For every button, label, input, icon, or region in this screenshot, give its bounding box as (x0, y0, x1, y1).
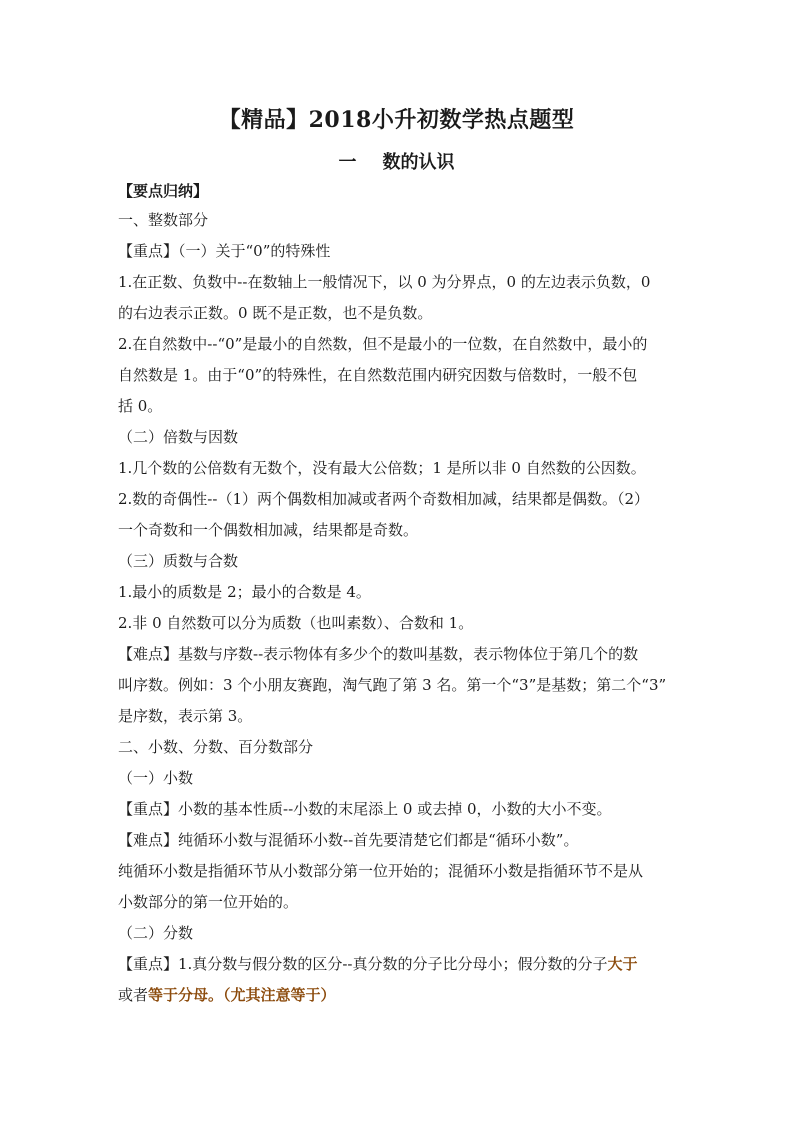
paragraph-line: 1.在正数、负数中--在数轴上一般情况下，以 0 为分界点，0 的左边表示负数，… (118, 267, 678, 298)
paragraph-line: 2.非 0 自然数可以分为质数（也叫素数）、合数和 1。 (118, 608, 678, 639)
paragraph-line: 【重点】（一）关于“0”的特殊性 (118, 236, 678, 267)
text-highlight: 大于 (607, 955, 637, 973)
paragraph-line: （三）质数与合数 (118, 546, 678, 577)
paragraph-line: 1.最小的质数是 2；最小的合数是 4。 (118, 577, 678, 608)
paragraph-line: 括 0。 (118, 391, 678, 422)
paragraph-line: 【难点】基数与序数--表示物体有多少个的数叫基数，表示物体位于第几个的数 (118, 639, 678, 670)
text-plain: 【重点】1.真分数与假分数的区分--真分数的分子比分母小；假分数的分子 (118, 955, 607, 973)
paragraph-line: 二、小数、分数、百分数部分 (118, 732, 678, 763)
paragraph-line: 一、整数部分 (118, 205, 678, 236)
paragraph-line: （一）小数 (118, 763, 678, 794)
paragraph-line: 一个奇数和一个偶数相加减，结果都是奇数。 (118, 515, 678, 546)
paragraph-line: 的右边表示正数。0 既不是正数，也不是负数。 (118, 298, 678, 329)
paragraph-line: 小数部分的第一位开始的。 (118, 887, 678, 918)
paragraph-line: 2.数的奇偶性--（1）两个偶数相加减或者两个奇数相加减，结果都是偶数。（2） (118, 484, 678, 515)
document-title: 【精品】2018小升初数学热点题型 (0, 103, 793, 134)
paragraph-line: 自然数是 1。由于“0”的特殊性，在自然数范围内研究因数与倍数时，一般不包 (118, 360, 678, 391)
paragraph-line: 叫序数。例如：3 个小朋友赛跑，淘气跑了第 3 名。第一个“3”是基数；第二个“… (118, 670, 678, 701)
paragraph-line: 【难点】纯循环小数与混循环小数--首先要清楚它们都是“循环小数”。 (118, 825, 678, 856)
paragraph-line: （二）倍数与因数 (118, 422, 678, 453)
paragraph-line: 【重点】1.真分数与假分数的区分--真分数的分子比分母小；假分数的分子大于 (118, 949, 678, 980)
text-highlight: 等于分母。（尤其注意等于） (148, 986, 336, 1004)
paragraph-line: 纯循环小数是指循环节从小数部分第一位开始的；混循环小数是指循环节不是从 (118, 856, 678, 887)
paragraph-line: 或者等于分母。（尤其注意等于） (118, 980, 678, 1011)
section-number: 一 (339, 152, 357, 173)
document-page: 【精品】2018小升初数学热点题型 一数的认识 【要点归纳】 一、整数部分 【重… (0, 0, 793, 1122)
paragraph-line: 1.几个数的公倍数有无数个，没有最大公倍数；1 是所以非 0 自然数的公因数。 (118, 453, 678, 484)
paragraph-line: （二）分数 (118, 918, 678, 949)
paragraph-line: 是序数，表示第 3。 (118, 701, 678, 732)
heading-key-points: 【要点归纳】 (118, 178, 678, 205)
text-plain: 或者 (118, 986, 148, 1004)
paragraph-line: 【重点】小数的基本性质--小数的末尾添上 0 或去掉 0，小数的大小不变。 (118, 794, 678, 825)
document-body: 【要点归纳】 一、整数部分 【重点】（一）关于“0”的特殊性 1.在正数、负数中… (118, 178, 678, 1011)
paragraph-line: 2.在自然数中--“0”是最小的自然数，但不是最小的一位数，在自然数中，最小的 (118, 329, 678, 360)
section-title: 数的认识 (383, 152, 455, 173)
section-heading: 一数的认识 (0, 148, 793, 174)
